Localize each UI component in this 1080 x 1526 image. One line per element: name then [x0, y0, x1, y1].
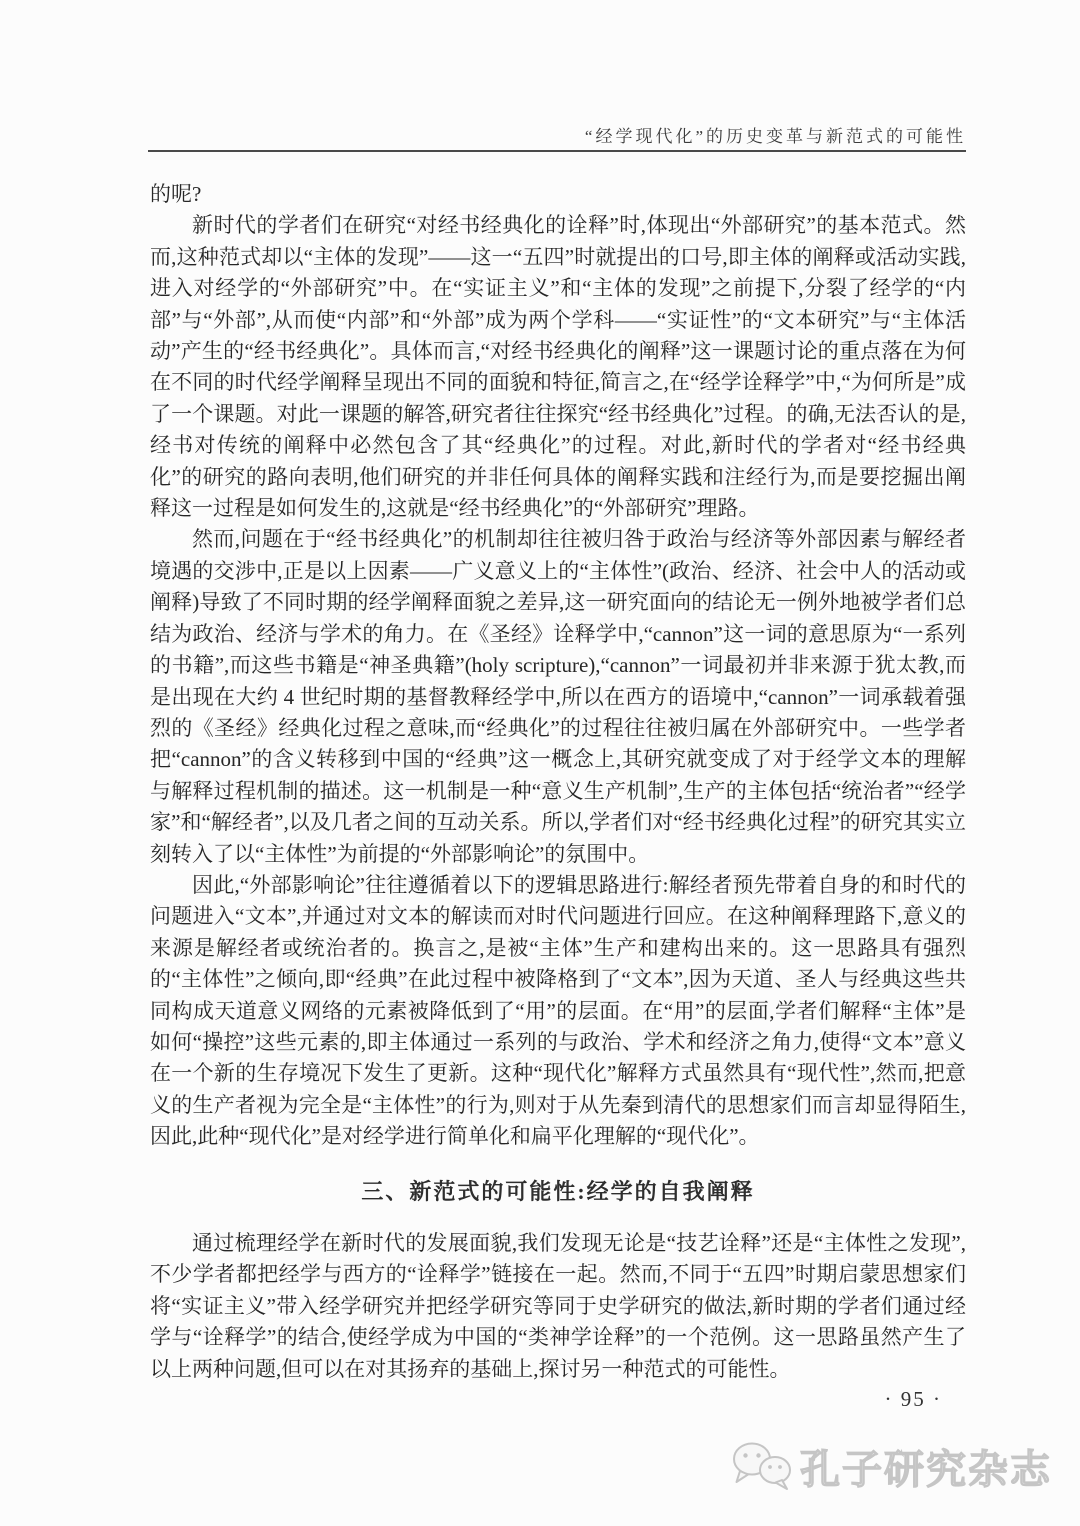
- document-page: “经学现代化”的历史变革与新范式的可能性 的呢? 新时代的学者们在研究“对经书经…: [0, 0, 1080, 1526]
- wechat-bubbles-icon: [730, 1439, 794, 1495]
- paragraph: 通过梳理经学在新时代的发展面貌,我们发现无论是“技艺诠释”还是“主体性之发现”,…: [150, 1228, 966, 1385]
- header-rule: [148, 150, 966, 152]
- paragraph: 因此,“外部影响论”往往遵循着以下的逻辑思路进行:解经者预先带着自身的和时代的问…: [150, 870, 966, 1153]
- journal-watermark: 孔子研究杂志: [730, 1438, 1052, 1495]
- paragraph-continuation-fragment: 的呢?: [150, 179, 966, 210]
- page-number: · 95 ·: [885, 1387, 943, 1412]
- section-heading: 三、新范式的可能性:经学的自我阐释: [150, 1176, 966, 1207]
- paragraph: 新时代的学者们在研究“对经书经典化的诠释”时,体现出“外部研究”的基本范式。然而…: [150, 210, 966, 524]
- running-header-title: “经学现代化”的历史变革与新范式的可能性: [150, 122, 966, 147]
- paragraph: 然而,问题在于“经书经典化”的机制却往往被归咎于政治与经济等外部因素与解经者境遇…: [150, 524, 966, 869]
- article-body: 的呢? 新时代的学者们在研究“对经书经典化的诠释”时,体现出“外部研究”的基本范…: [150, 179, 966, 1385]
- watermark-text: 孔子研究杂志: [800, 1438, 1052, 1495]
